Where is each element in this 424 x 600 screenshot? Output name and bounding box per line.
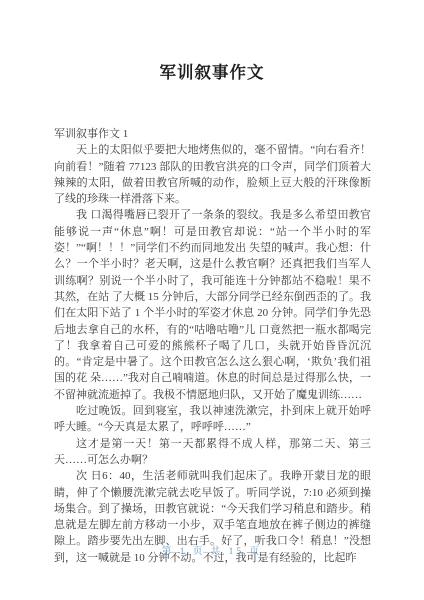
- page-number-footer: 第 1 页 共 15 页: [0, 543, 424, 557]
- document-title: 军训叙事作文: [0, 59, 424, 83]
- body-paragraph: 这才是第一天！第一天都累得不成人样，那第二天、第三天……可怎么办啊？: [54, 436, 371, 469]
- body-paragraph: 吃过晚饭。回到寝室，我以神速洗漱完，扑到床上就开始呼呼大睡。“今天真是太累了，呼…: [54, 403, 371, 436]
- body-paragraph: 天上的太阳似乎要把大地烤焦似的，毫不留情。“向右看齐！向前看！”随着 77123…: [54, 142, 371, 207]
- document-body: 军训叙事作文 1 天上的太阳似乎要把大地烤焦似的，毫不留情。“向右看齐！向前看！…: [54, 126, 371, 566]
- body-paragraph: 我 口渴得嘴唇已裂开了一条条的裂纹。我是多么希望田教官能够说一声“休息”啊！可是…: [54, 207, 371, 403]
- document-page: 军训叙事作文 军训叙事作文 1 天上的太阳似乎要把大地烤焦似的，毫不留情。“向右…: [0, 0, 424, 600]
- section-heading: 军训叙事作文 1: [54, 126, 371, 142]
